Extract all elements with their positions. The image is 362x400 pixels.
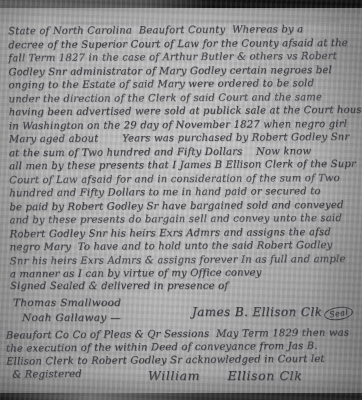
seal-mark: Seal	[324, 305, 355, 322]
clerk-signature-name: James B. Ellison Clk	[192, 305, 322, 319]
witness-signature: Thomas Smallwood	[13, 296, 121, 311]
deed-line: hundred and Fifty Dollars to me in hand …	[9, 185, 359, 201]
witness-signatures: Thomas SmallwoodNoah Gallaway —	[13, 296, 121, 326]
deed-line: fall Term 1827 in the case of Arthur But…	[8, 50, 358, 66]
attestation-line: Signed Sealed & delivered in presence of	[10, 281, 228, 292]
scan-edge-bottom	[0, 393, 362, 400]
scan-edge-top	[0, 0, 362, 8]
deed-line: Mary aged about Years was purchased by R…	[9, 131, 359, 147]
bleed-through-mark	[60, 8, 340, 25]
witness-signature: Noah Gallaway —	[22, 311, 121, 326]
registrar-signature: William Ellison Clk	[148, 368, 302, 383]
deed-line: under the direction of the Clerk of said…	[9, 90, 359, 106]
deed-line: and by these presents do bargain sell an…	[9, 212, 359, 228]
deed-line: Snr his heirs Exrs Admrs & assigns forev…	[10, 252, 360, 268]
deed-line: State of North Carolina Beaufort County …	[8, 23, 358, 39]
clerk-signature: James B. Ellison ClkSeal	[192, 305, 354, 320]
deed-body-text: State of North Carolina Beaufort County …	[8, 23, 360, 282]
scanned-deed-page: State of North Carolina Beaufort County …	[0, 0, 362, 400]
deed-line: a manner as I can by virtue of my Office…	[10, 266, 360, 282]
